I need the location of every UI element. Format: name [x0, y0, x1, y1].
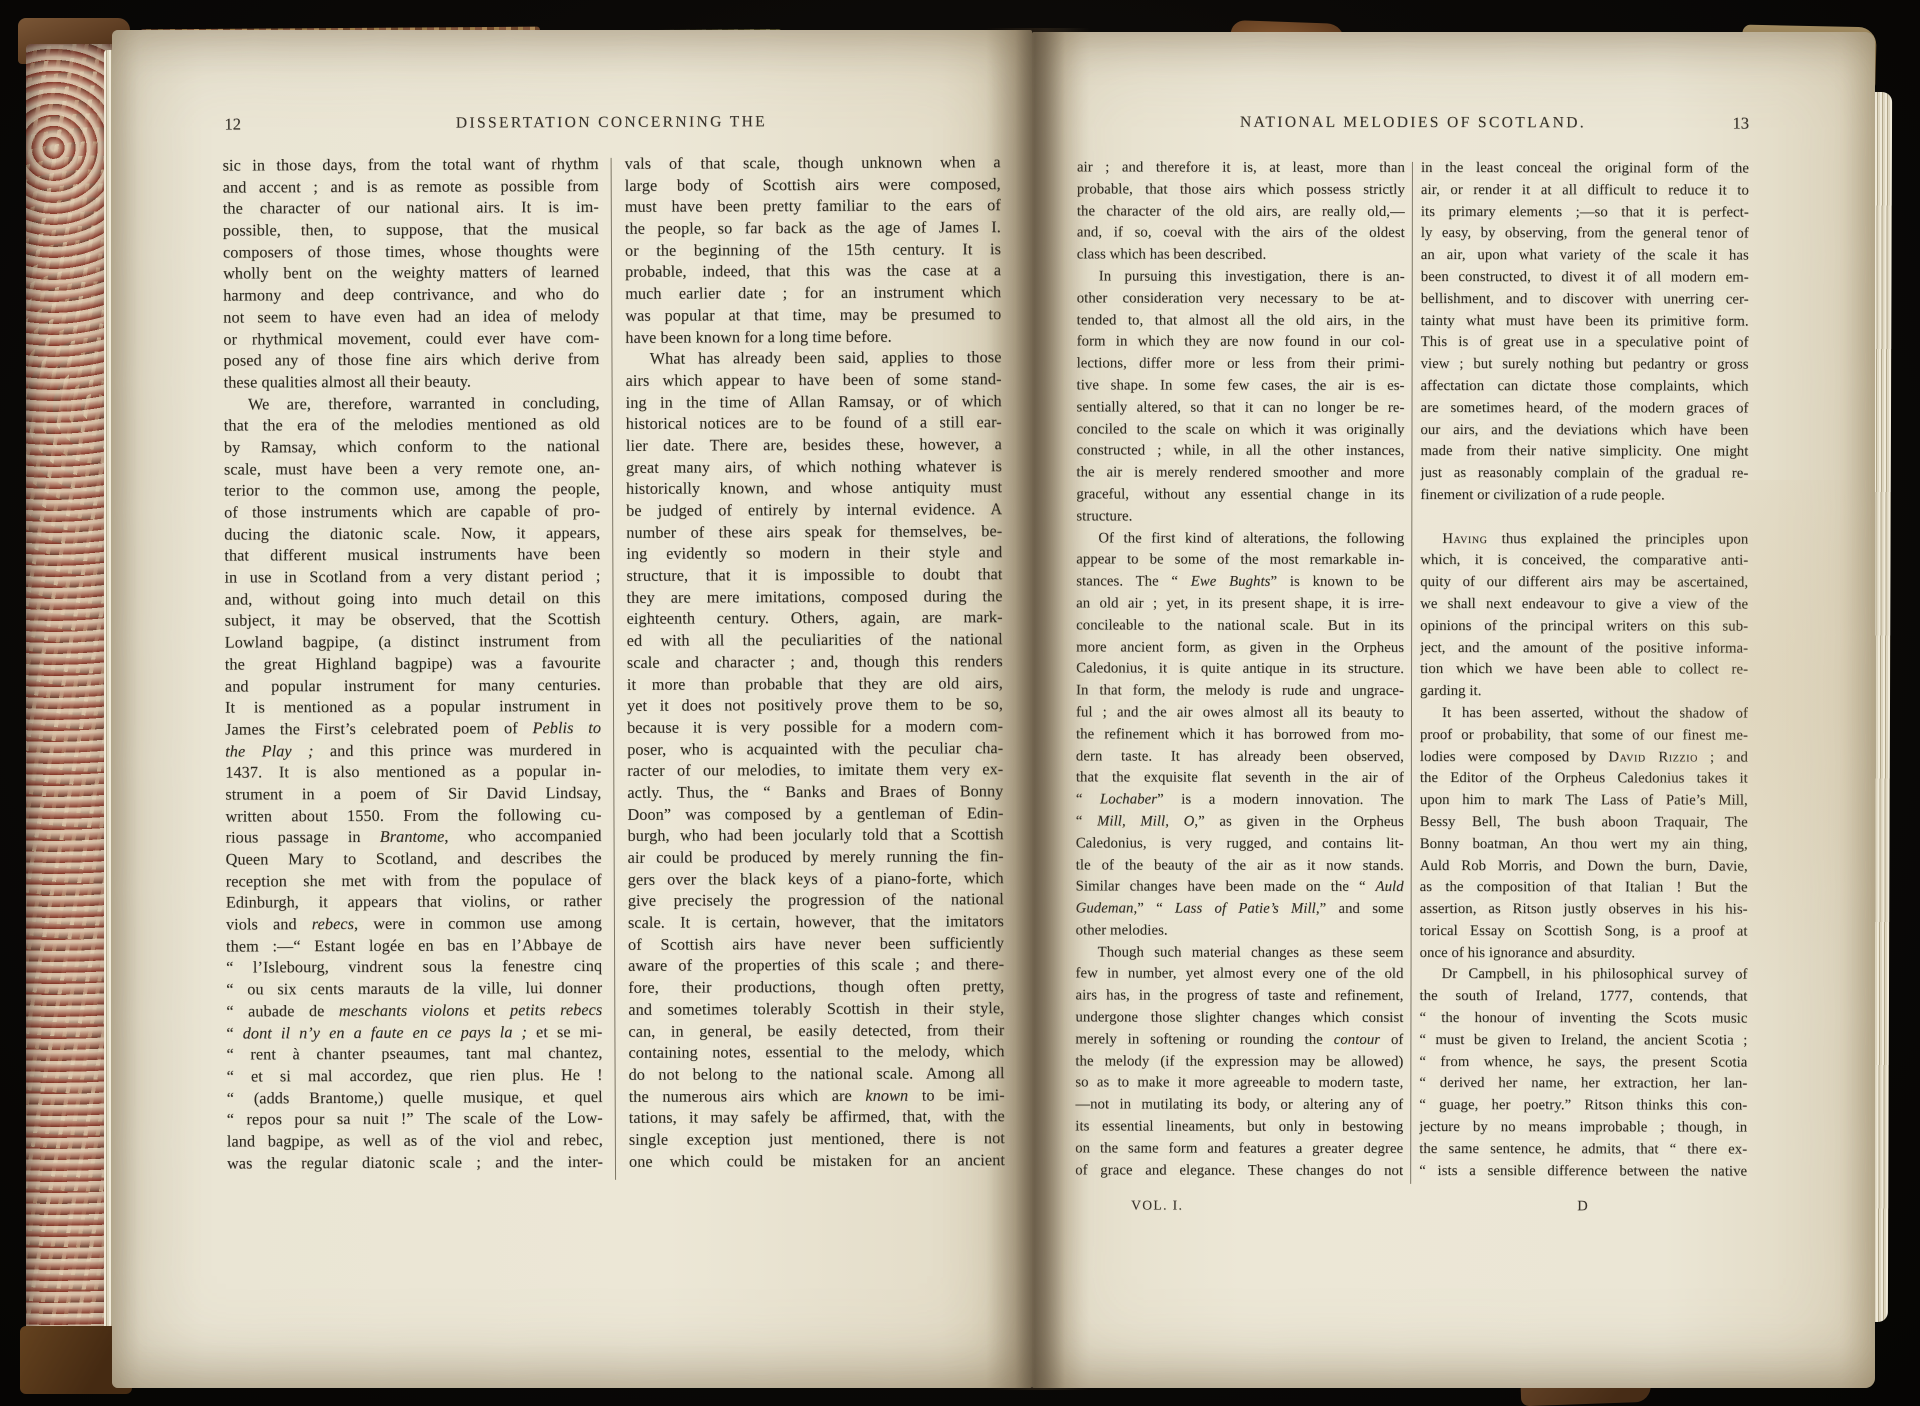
text-line: land bagpipe, as well as of the viol and… [227, 1130, 603, 1153]
text-line: the numerous airs which are known to be … [629, 1085, 1005, 1108]
text-line: not seem to have even had an idea of mel… [223, 306, 599, 329]
text-line: fore, their productions, though often pr… [628, 976, 1004, 999]
text-line: terior to the common use, among the peop… [224, 479, 600, 502]
text-line: Having thus explained the principles upo… [1420, 528, 1748, 550]
text-line: tle of the beauty of the air as it now s… [1076, 855, 1404, 877]
text-line: we shall next endeavour to give a view o… [1420, 594, 1748, 616]
text-line: structure, that it is impossible to doub… [626, 564, 1002, 587]
text-column: vals of that scale, though unknown when … [625, 152, 1005, 1173]
text-line: the same sentence, he admits, that “ the… [1419, 1139, 1747, 1161]
text-line: “ Mill, Mill, O,” as given in the Orpheu… [1076, 811, 1404, 833]
text-line: historically known, and whose antiquity … [626, 477, 1002, 500]
text-line: constructed ; while, in all the other in… [1076, 441, 1404, 463]
text-line: reception she met with from the populace… [226, 870, 602, 893]
text-line: an old air ; yet, in its present shape, … [1076, 593, 1404, 615]
text-line: tations, it may safely be affirmed, that… [629, 1106, 1005, 1129]
text-line: “ et si mal accordez, que rien plus. He … [227, 1065, 603, 1088]
text-line: be judged of entirely by internal eviden… [626, 499, 1002, 522]
text-line: one which could be mistaken for an ancie… [629, 1150, 1005, 1173]
text-line: of grace and elegance. These changes do … [1075, 1160, 1403, 1182]
text-line: and, without going into much detail on t… [224, 588, 600, 611]
page-12-header: 12 DISSERTATION CONCERNING THE [222, 112, 1000, 141]
page-number: 12 [224, 114, 241, 134]
text-line: probable, indeed, that this was the case… [625, 261, 1001, 284]
text-line: them :—“ Estant logée en bas en l’Abbaye… [226, 935, 602, 958]
text-line: its essential lineaments, but only in be… [1075, 1116, 1403, 1138]
text-line: made from their native simplicity. One m… [1420, 441, 1748, 463]
text-column: air ; and therefore it is, at least, mor… [1075, 157, 1405, 1182]
text-line: James the First’s celebrated poem of Peb… [225, 718, 601, 741]
text-line: the Play ; and this prince was murdered … [225, 739, 601, 762]
text-line: the Editor of the Orpheus Caledonius tak… [1420, 768, 1748, 790]
text-line: racter of our melodies, to imitate them … [627, 759, 1003, 782]
text-line: because it is very possible for a modern… [627, 716, 1003, 739]
text-line: In that form, the melody is rude and ung… [1076, 680, 1404, 702]
text-line: We are, therefore, warranted in concludi… [224, 392, 600, 415]
text-line: do not belong to the national scale. Amo… [629, 1063, 1005, 1086]
text-line: wholly bent on the weighty matters of le… [223, 262, 599, 285]
text-line: can, in general, be easily detected, fro… [628, 1020, 1004, 1043]
text-line: Lowland bagpipe, (a distinct instrument … [225, 631, 601, 654]
gathering-signature: D [1419, 1198, 1747, 1216]
text-line: its primary elements ;—so that it is per… [1421, 202, 1749, 224]
text-line: the character of our national airs. It i… [223, 197, 599, 220]
text-line: the melody (if the expression may be all… [1075, 1051, 1403, 1073]
text-line: undergone those slighter changes which c… [1075, 1007, 1403, 1029]
text-line: as the composition of that Italian ! But… [1420, 877, 1748, 899]
text-line: “ aubade de meschants violons et petits … [226, 1000, 602, 1023]
text-line: strument in a poem of Sir David Lindsay, [225, 783, 601, 806]
text-line: stances. The “ Ewe Bughts” is known to b… [1076, 571, 1404, 593]
text-line: Edinburgh, it appears that violins, or r… [226, 891, 602, 914]
text-line: ject, and the amount of the positive inf… [1420, 637, 1748, 659]
text-line: of Scottish airs have never been suffici… [628, 933, 1004, 956]
page-number: 13 [1733, 113, 1750, 133]
text-line: air ; and therefore it is, at least, mor… [1077, 157, 1405, 179]
text-line: Though such material changes as these se… [1076, 942, 1404, 964]
text-line: “ from whence, he says, the present Scot… [1419, 1052, 1747, 1074]
text-line: “ derived her name, her extraction, her … [1419, 1073, 1747, 1095]
text-line: affectation can dictate those complaints… [1421, 376, 1749, 398]
text-line: Doon” was composed by a gentleman of Edi… [627, 803, 1003, 826]
text-line: Of the first kind of alterations, the fo… [1076, 528, 1404, 550]
text-line: “ (adds Brantome,) quelle musique, et qu… [227, 1086, 603, 1109]
text-line: in the least conceal the original form o… [1421, 158, 1749, 180]
text-line: are sometimes heard, of the modern grace… [1421, 398, 1749, 420]
text-line: “ must be given to Ireland, the ancient … [1419, 1030, 1747, 1052]
text-line: dern taste. It has already been observed… [1076, 746, 1404, 768]
text-line: great many airs, of which nothing whatev… [626, 456, 1002, 479]
text-line: once of his ignorance and absurdity. [1420, 943, 1748, 965]
text-line: —not in mutilating its body, or altering… [1075, 1095, 1403, 1117]
text-line: scale and character ; and, though this r… [627, 651, 1003, 674]
text-line: possible, then, to suppose, that the mus… [223, 219, 599, 242]
book-photograph: { "appearance": { "background_color": "#… [0, 0, 1920, 1406]
text-line: finement or civilization of a rude peopl… [1420, 485, 1748, 507]
text-line: lodies were composed by David Rizzio ; a… [1420, 746, 1748, 768]
text-column: sic in those days, from the total want o… [223, 154, 603, 1175]
text-line: and sometimes tolerably Scottish in thei… [628, 998, 1004, 1021]
text-line: other melodies. [1076, 920, 1404, 942]
text-line: few in number, yet almost every one of t… [1076, 964, 1404, 986]
text-line: much earlier date ; for an instrument wh… [625, 282, 1001, 305]
text-line: graceful, without any essential change i… [1076, 484, 1404, 506]
text-line: air, or render it at all difficult to re… [1421, 180, 1749, 202]
text-line: Caledonius, it is quite antique in its s… [1076, 659, 1404, 681]
text-line: just as reasonably complain of the gradu… [1420, 463, 1748, 485]
text-line: merely in softening or rounding the cont… [1075, 1029, 1403, 1051]
text-line: and popular instrument for many centurie… [225, 674, 601, 697]
page-12: 12 DISSERTATION CONCERNING THE sic in th… [112, 30, 1032, 1388]
text-line: “ Lochaber” is a modern innovation. The [1076, 789, 1404, 811]
text-line: an air, upon what variety of the scale i… [1421, 245, 1749, 267]
text-line: sentially altered, so that it can no lon… [1077, 397, 1405, 419]
text-line: airs has, in the progress of taste and r… [1075, 986, 1403, 1008]
text-line: “ guage, her poetry.” Ritson thinks this… [1419, 1095, 1747, 1117]
text-line: opinions of the principal writers on thi… [1420, 616, 1748, 638]
column-divider-rule [1410, 162, 1413, 1184]
text-line: lections, differ more or less from their… [1077, 354, 1405, 376]
text-line: containing notes, essential to the melod… [628, 1041, 1004, 1064]
text-line: garding it. [1420, 681, 1748, 703]
text-line: scale. It is certain, however, that the … [628, 911, 1004, 934]
text-line: quity of our different airs may be ascer… [1420, 572, 1748, 594]
text-line: posed any of those fine airs which deriv… [223, 349, 599, 372]
text-line: number of these airs speak for themselve… [626, 521, 1002, 544]
text-line: Bessy Bell, The bush aboon Traquair, The [1420, 812, 1748, 834]
text-line: these qualities almost all their beauty. [224, 371, 600, 394]
text-line: “ ou six cents marauts de la ville, lui … [226, 978, 602, 1001]
text-line: give precisely the progression of the na… [628, 889, 1004, 912]
text-line: that the exquisite flat seventh in the a… [1076, 768, 1404, 790]
text-line: eighteenth century. Others, again, are m… [627, 608, 1003, 631]
text-line: Queen Mary to Scotland, and describes th… [226, 848, 602, 871]
text-line: other consideration very necessary to be… [1077, 288, 1405, 310]
text-line: probable, that those airs which possess … [1077, 179, 1405, 201]
text-line: In pursuing this investigation, there is… [1077, 266, 1405, 288]
text-line: or the beginning of the 15th century. It… [625, 239, 1001, 262]
text-line: airs which appear to have been of some s… [626, 369, 1002, 392]
text-line: more ancient form, as given in the Orphe… [1076, 637, 1404, 659]
text-line: 1437. It is also mentioned as a popular … [225, 761, 601, 784]
text-line: the great Highland bagpipe) was a favour… [225, 653, 601, 676]
text-line: which, it is conceived, the comparative … [1420, 550, 1748, 572]
text-line: and accent ; and is as remote as possibl… [223, 176, 599, 199]
text-line: single exception just mentioned, there i… [629, 1128, 1005, 1151]
text-line: composers of those times, whose thoughts… [223, 241, 599, 264]
text-line: large body of Scottish airs were compose… [625, 174, 1001, 197]
text-line: ducing the diatonic scale. Now, it appea… [224, 523, 600, 546]
text-line: aware of the properties of this scale ; … [628, 955, 1004, 978]
text-line: form in which they are now found in our … [1077, 332, 1405, 354]
text-line: “ dont il n’y en a faute en ce pays la ;… [226, 1021, 602, 1044]
text-line: viols and rebecs, were in common use amo… [226, 913, 602, 936]
text-column: in the least conceal the original form o… [1419, 158, 1749, 1183]
text-line: torical Essay on Scottish Song, is a pro… [1420, 921, 1748, 943]
text-line: rious passage in Brantome, who accompani… [226, 826, 602, 849]
text-line: gers over the black keys of a piano-fort… [628, 868, 1004, 891]
text-line: lier date. There are, besides these, how… [626, 434, 1002, 457]
text-line: so as to make it more agreeable to moder… [1075, 1073, 1403, 1095]
running-title: DISSERTATION CONCERNING THE [222, 112, 1000, 133]
text-line: assertion, as Ritson justly observes in … [1420, 899, 1748, 921]
text-line: conciled to the scale on which it was or… [1076, 419, 1404, 441]
text-line: vals of that scale, though unknown when … [625, 152, 1001, 175]
text-line: Bonny boatman, An thou wert my ain thing… [1420, 834, 1748, 856]
text-line: must have been pretty familiar to the ea… [625, 195, 1001, 218]
text-line: actly. Thus, the “ Banks and Braes of Bo… [627, 781, 1003, 804]
text-line: upon him to mark The Lass of Patie’s Mil… [1420, 790, 1748, 812]
text-line: “ the honour of inventing the Scots musi… [1419, 1008, 1747, 1030]
text-line: they are mere imitations, composed durin… [626, 586, 1002, 609]
text-line: yet it does not positively prove them to… [627, 694, 1003, 717]
text-line: “ ists a sensible difference between the… [1419, 1161, 1747, 1183]
text-line: in use in Scotland from a very distant p… [224, 566, 600, 589]
text-line: ly easy, by observing, from the general … [1421, 223, 1749, 245]
text-line: Caledonius, is very rugged, and contains… [1076, 833, 1404, 855]
text-line: tive shape. In some few cases, the air i… [1077, 375, 1405, 397]
page-12-printed-area: 12 DISSERTATION CONCERNING THE sic in th… [109, 28, 1035, 1390]
text-line: class which has been described. [1077, 245, 1405, 267]
text-line: ful ; and the air owes almost all its be… [1076, 702, 1404, 724]
text-line: It is mentioned as a popular instrument … [225, 696, 601, 719]
text-line: written about 1550. From the following c… [225, 804, 601, 827]
text-line: structure. [1076, 506, 1404, 528]
page-13-printed-area: NATIONAL MELODIES OF SCOTLAND. 13 air ; … [1031, 31, 1876, 1388]
text-line: poser, who is acquainted with the peculi… [627, 738, 1003, 761]
text-line: the refinement which it has borrowed fro… [1076, 724, 1404, 746]
text-line: This is of great use in a speculative po… [1421, 332, 1749, 354]
text-line: It has been asserted, without the shadow… [1420, 703, 1748, 725]
text-line: What has already been said, applies to t… [625, 347, 1001, 370]
text-line: on the same form and features a greater … [1075, 1138, 1403, 1160]
running-title: NATIONAL MELODIES OF SCOTLAND. [1077, 113, 1749, 132]
page-12-text-block: sic in those days, from the total want o… [223, 152, 1006, 1189]
column-divider-rule [611, 158, 616, 1180]
text-line: ing evidently so modern in their style a… [626, 542, 1002, 565]
text-line: the air is merely rendered smoother and … [1076, 462, 1404, 484]
text-line: appear to be some of the most remarkable… [1076, 550, 1404, 572]
text-line: have been known for a long time before. [625, 326, 1001, 349]
text-line: bellishment, and to discover with unerri… [1421, 289, 1749, 311]
text-line: “ repos pour sa nuit !” The scale of the… [227, 1108, 603, 1131]
text-line: ing in the time of Allan Ramsay, or of w… [626, 391, 1002, 414]
page-13-header: NATIONAL MELODIES OF SCOTLAND. 13 [1077, 113, 1749, 140]
text-line: “ l’Islebourg, vindrent sous la fenestre… [226, 956, 602, 979]
text-line: the character of the old airs, are reall… [1077, 201, 1405, 223]
text-line: Auld Rob Morris, and Down the burn, Davi… [1420, 855, 1748, 877]
text-line: the people, so far back as the age of Ja… [625, 217, 1001, 240]
text-line: the south of Ireland, 1777, contends, th… [1419, 986, 1747, 1008]
text-line: burgh, who had been jocularly told that … [628, 824, 1004, 847]
text-line: air could be produced by merely running … [628, 846, 1004, 869]
text-line: by Ramsay, which conform to the national [224, 436, 600, 459]
text-line: Dr Campbell, in his philosophical survey… [1420, 964, 1748, 986]
text-line: been constructed, to divest it of all mo… [1421, 267, 1749, 289]
text-line: that the era of the melodies mentioned a… [224, 414, 600, 437]
text-line: view ; but surely nothing but pedantry o… [1421, 354, 1749, 376]
text-line: tion which we have been able to collect … [1420, 659, 1748, 681]
volume-signature: VOL. I. [1131, 1197, 1183, 1213]
text-line: it more than probable that they are old … [627, 673, 1003, 696]
text-line: or rhythmical movement, could ever have … [223, 327, 599, 350]
text-line: historical notices are to be found of a … [626, 412, 1002, 435]
text-line: of those instruments which are capable o… [224, 501, 600, 524]
text-line: and, if so, coeval with the airs of the … [1077, 223, 1405, 245]
text-line: sic in those days, from the total want o… [223, 154, 599, 177]
text-line: Similar changes have been made on the “ … [1076, 877, 1404, 899]
text-line: Gudeman,” “ Lass of Patie’s Mill,” and s… [1076, 898, 1404, 920]
text-line: jecture by no means improbable ; though,… [1419, 1117, 1747, 1139]
text-line: ed with all the peculiarities of the nat… [627, 629, 1003, 652]
page-13: NATIONAL MELODIES OF SCOTLAND. 13 air ; … [1032, 32, 1875, 1388]
text-line: harmony and deep contrivance, and who do [223, 284, 599, 307]
text-line: tended to, that almost all the old airs,… [1077, 310, 1405, 332]
text-line: subject, it may be observed, that the Sc… [225, 609, 601, 632]
text-line: was the regular diatonic scale ; and the… [227, 1151, 603, 1174]
text-line: tainty what must have been its primitive… [1421, 311, 1749, 333]
text-line: “ rent à chanter pseaumes, tant mal chan… [226, 1043, 602, 1066]
text-line: proof or probability, that some of our f… [1420, 725, 1748, 747]
text-line: that different musical instruments have … [224, 544, 600, 567]
text-line: was popular at that time, may be presume… [625, 304, 1001, 327]
page-13-text-block: air ; and therefore it is, at least, mor… [1075, 157, 1749, 1192]
text-line: scale, must have been a very remote one,… [224, 458, 600, 481]
text-line: our airs, and the deviations which have … [1420, 420, 1748, 442]
text-line: concileable to the national scale. But i… [1076, 615, 1404, 637]
